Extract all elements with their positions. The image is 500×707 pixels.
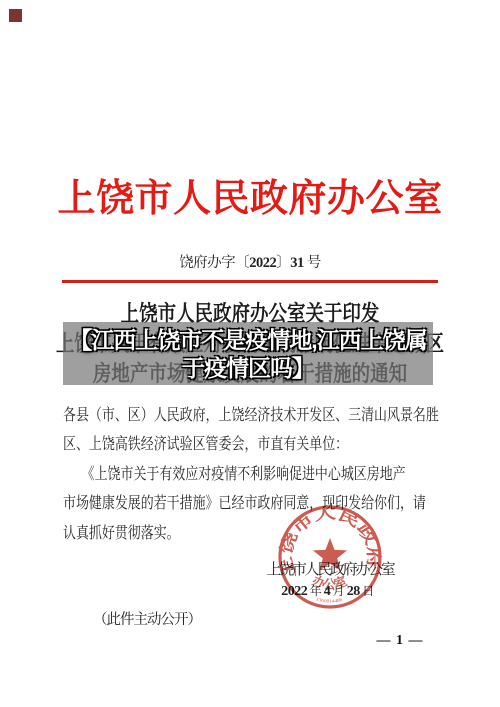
disclosure-note: （此件主动公开） — [93, 608, 201, 629]
red-divider-rule — [62, 280, 438, 283]
issuing-agency-title: 上饶市人民政府办公室 — [0, 167, 500, 222]
seal-bottom-text: 办公室 — [310, 573, 349, 592]
caption-overlay-line-1: 【江西上饶市不是疫情地,江西上饶属 — [69, 326, 426, 354]
official-seal: 上饶市人民政府 办公室 1360014486 — [277, 504, 383, 610]
doc-no-close: 〕 — [276, 255, 290, 271]
doc-no-prefix: 饶府办字〔 — [179, 255, 249, 271]
main-paragraph-line-1: 《上饶市关于有效应对疫情不利影响促进中心城区房地产 — [63, 460, 367, 489]
caption-overlay: 【江西上饶市不是疫情地,江西上饶属 于疫情区吗】 — [63, 322, 433, 385]
document-number: 饶府办字〔2022〕31 号 — [0, 251, 500, 272]
corner-mark — [9, 9, 22, 22]
doc-no-suffix: 号 — [304, 255, 321, 271]
recipients-line-2: 区、上饶高铁经济试验区管委会，市直有关单位： — [63, 430, 367, 459]
page-number: — 1 — — [360, 633, 440, 649]
doc-no-serial: 31 — [290, 255, 304, 271]
recipients-line-1: 各县（市、区）人民政府，上饶经济技术开发区、三清山风景名胜 — [63, 401, 367, 430]
seal-star — [313, 538, 347, 571]
document-page: 上饶市人民政府办公室 饶府办字〔2022〕31 号 上饶市人民政府办公室关于印发… — [0, 0, 500, 707]
seal-code: 1360014486 — [316, 596, 344, 603]
doc-no-year: 2022 — [249, 255, 276, 271]
caption-overlay-line-2: 于疫情区吗】 — [182, 354, 314, 382]
